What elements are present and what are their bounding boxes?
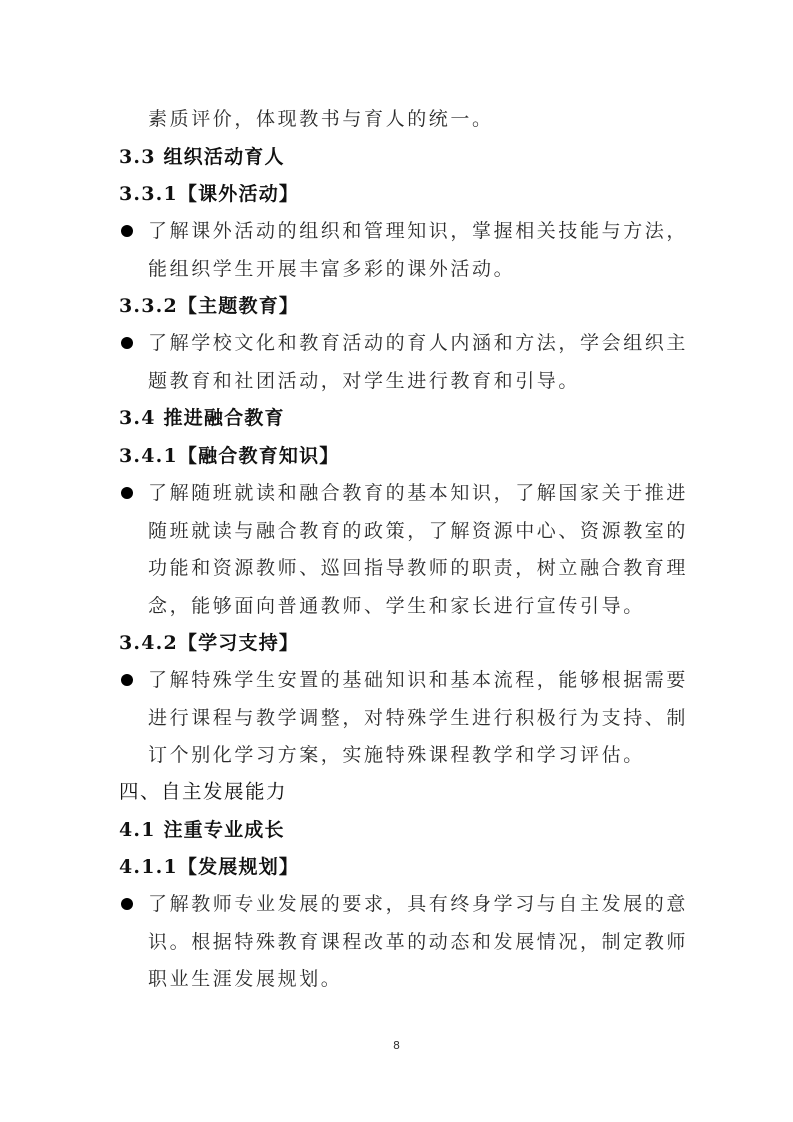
- subsection-heading: 3.4.2【学习支持】: [119, 630, 299, 656]
- subsection-heading: 4.1.1【发展规划】: [119, 854, 299, 880]
- bullet-item-text: 了解课外活动的组织和管理知识，掌握相关技能与方法，: [148, 218, 688, 244]
- body-line: 识。根据特殊教育课程改革的动态和发展情况，制定教师: [148, 929, 688, 955]
- chapter-heading: 四、自主发展能力: [119, 779, 287, 805]
- body-line: 职业生涯发展规划。: [148, 966, 342, 992]
- bullet-item-text: 了解特殊学生安置的基础知识和基本流程，能够根据需要: [148, 667, 688, 693]
- body-line: 功能和资源教师、巡回指导教师的职责，树立融合教育理: [148, 555, 688, 581]
- bullet-icon: [121, 487, 133, 499]
- bullet-icon: [121, 898, 133, 910]
- body-line: 念，能够面向普通教师、学生和家长进行宣传引导。: [148, 593, 645, 619]
- bullet-icon: [121, 225, 133, 237]
- bullet-item-text: 了解教师专业发展的要求，具有终身学习与自主发展的意: [148, 891, 688, 917]
- bullet-item-text: 了解随班就读和融合教育的基本知识，了解国家关于推进: [148, 480, 688, 506]
- body-line: 素质评价，体现教书与育人的统一。: [148, 106, 494, 132]
- body-line: 能组织学生开展丰富多彩的课外活动。: [148, 256, 515, 282]
- body-line: 订个别化学习方案，实施特殊课程教学和学习评估。: [148, 742, 645, 768]
- subsection-heading: 3.3.2【主题教育】: [119, 293, 299, 319]
- body-line: 进行课程与教学调整，对特殊学生进行积极行为支持、制: [148, 705, 688, 731]
- subsection-heading: 3.3.1【课外活动】: [119, 181, 299, 207]
- section-heading: 3.4 推进融合教育: [119, 405, 285, 431]
- document-page: 素质评价，体现教书与育人的统一。 3.3 组织活动育人 3.3.1【课外活动】 …: [0, 0, 793, 1122]
- page-number: 8: [0, 1039, 793, 1052]
- bullet-icon: [121, 674, 133, 686]
- body-line: 题教育和社团活动，对学生进行教育和引导。: [148, 368, 580, 394]
- section-heading: 4.1 注重专业成长: [119, 817, 285, 843]
- bullet-icon: [121, 337, 133, 349]
- bullet-item-text: 了解学校文化和教育活动的育人内涵和方法，学会组织主: [148, 330, 688, 356]
- subsection-heading: 3.4.1【融合教育知识】: [119, 443, 340, 469]
- body-line: 随班就读与融合教育的政策，了解资源中心、资源教室的: [148, 518, 688, 544]
- section-heading: 3.3 组织活动育人: [119, 144, 285, 170]
